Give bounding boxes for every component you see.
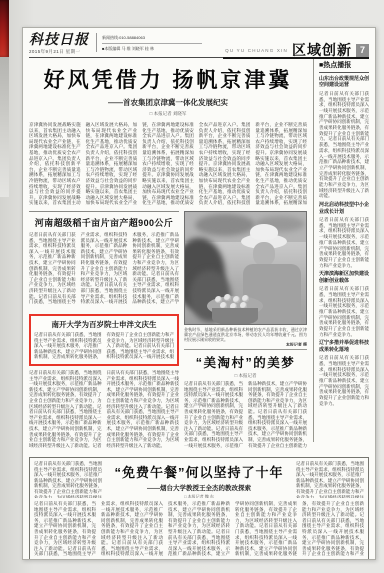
lead-title: 好风凭借力 扬帆京津冀: [29, 64, 307, 94]
nankai-continuation-text: 记者日前从有关部门获悉，当地围绕主导产业需求，组织科技特派员深入一线开展技术服务…: [29, 370, 179, 452]
page-body: 好风凭借力 扬帆京津冀 ——首农集团京津冀一体化发展纪实 □ 本报记者 刘晓军 …: [29, 58, 369, 452]
newspaper-viewer: 科技日报 2015年9月21日 星期一 新闻热线:010-58884063 ■本…: [0, 0, 384, 573]
hotspot-item-title: 辽宁多措并举促进科技成果转化落地: [319, 340, 369, 353]
section-pinyin: QU YU CHUANG XIN: [225, 48, 288, 53]
hotspot-item-body: 记者日前从有关部门获悉，当地围绕主导产业需求，组织科技特派员深入一线开展技术服务…: [319, 217, 369, 268]
free-lunch-byline: □ 本报记者 魏 东: [107, 494, 291, 498]
nankai-body: 记者日前从有关部门获悉，当地围绕主导产业需求，组织科技特派员深入一线开展技术服务…: [34, 332, 174, 365]
meitao-byline: □ 本报记者: [184, 373, 307, 379]
photo-basket: [212, 308, 258, 325]
henan-rice-title: 河南超级稻千亩片亩产超900公斤: [29, 216, 179, 229]
newspaper-sheet: 科技日报 2015年9月21日 星期一 新闻热线:010-58884063 ■本…: [22, 27, 376, 560]
hotspot-column: ■热点播报 山东出台政策规范众创空间建设运营 记者日前从有关部门获悉，当地围绕主…: [313, 58, 369, 442]
meitao-title: “美淘村”的美梦: [184, 353, 307, 371]
photo-foliage: [195, 214, 255, 236]
photo-caption-text: 金秋时节，基地采用新品种新技术种植的农产品喜获丰收，通过京津冀农产品绿色通道直供…: [184, 327, 307, 342]
lead-subtitle: ——首农集团京津冀一体化发展纪实: [29, 97, 307, 108]
lead-body-text: 京津冀协同发展战略实施以来，首农集团主动融入区域发展大格局，加快布局现代农业全产…: [29, 122, 307, 206]
harvest-photo: [184, 211, 307, 325]
middle-band: 河南超级稻千亩片亩产超900公斤 记者日前从有关部门获悉，当地围绕主导产业需求，…: [29, 211, 307, 452]
free-lunch-right-text: 记者日前从有关部门获悉，当地围绕主导产业需求，组织科技特派员深入一线开展技术服务…: [296, 461, 364, 498]
photo-produce: [233, 296, 240, 303]
hotspot-item-body: 记者日前从有关部门获悉，当地围绕主导产业需求，组织科技特派员深入一线开展技术服务…: [319, 286, 369, 337]
photo-farmer-face: [253, 242, 275, 266]
free-lunch-article: 记者日前从有关部门获悉，当地围绕主导产业需求，组织科技特派员深入一线开展技术服务…: [29, 457, 369, 560]
photo-caption: 金秋时节，基地采用新品种新技术种植的农产品喜获丰收，通过京津冀农产品绿色通道直供…: [184, 327, 307, 346]
hotspot-item-title: 天津滨海新区加快建设创新创业载体: [319, 271, 369, 284]
masthead-left: 科技日报 2015年9月21日 星期一: [29, 33, 89, 55]
news-hotline: 新闻热线:010-58884063: [102, 35, 202, 44]
masthead: 科技日报 2015年9月21日 星期一 新闻热线:010-58884063 ■本…: [29, 33, 369, 58]
hotspot-item-body: 记者日前从有关部门获悉，当地围绕主导产业需求，组织科技特派员深入一线开展技术服务…: [319, 355, 369, 406]
section-rule: [223, 57, 369, 60]
lead-article-header: 好风凭借力 扬帆京津冀 ——首农集团京津冀一体化发展纪实 □ 本报记者 刘晓军: [29, 58, 307, 120]
editors-line: ■本版编辑 马 维 刘晓军 桂 林: [102, 44, 202, 52]
lead-byline: □ 本报记者 刘晓军: [29, 111, 307, 117]
free-lunch-body: 记者日前从有关部门获悉，当地围绕主导产业需求，组织科技特派员深入一线开展技术服务…: [34, 501, 364, 557]
meitao-body: 记者日前从有关部门获悉，当地围绕主导产业需求，组织科技特派员深入一线开展技术服务…: [184, 381, 307, 451]
hotspot-item-title: 山东出台政策规范众创空间建设运营: [319, 76, 369, 89]
meitao-article: “美淘村”的美梦 □ 本报记者 记者日前从有关部门获悉，当地围绕主导产业需求，组…: [184, 349, 307, 451]
middle-right-stack: 金秋时节，基地采用新品种新技术种植的农产品喜获丰收，通过京津冀农产品绿色通道直供…: [184, 211, 307, 452]
free-lunch-header: “免费午餐”何以坚持了十年 ——烟台大学教授王全杰的教改探索 □ 本报记者 魏 …: [102, 461, 296, 498]
henan-rice-body: 记者日前从有关部门获悉，当地围绕主导产业需求，组织科技特派员深入一线开展技术服务…: [29, 232, 179, 310]
free-lunch-title: “免费午餐”何以坚持了十年: [107, 462, 291, 481]
free-lunch-header-row: 记者日前从有关部门获悉，当地围绕主导产业需求，组织科技特派员深入一线开展技术服务…: [34, 461, 364, 498]
hotspot-header: ■热点播报: [319, 58, 369, 73]
photo-produce: [242, 295, 249, 302]
photo-credit: 本报记者 摄: [184, 342, 307, 346]
paper-logo: 科技日报: [29, 33, 89, 48]
viewer-gray-spine: [0, 57, 9, 197]
masthead-info: 新闻热线:010-58884063 ■本版编辑 马 维 刘晓军 桂 林: [96, 33, 202, 52]
paper-date: 2015年9月21日 星期一: [29, 49, 89, 55]
viewer-red-spine: [0, 0, 9, 57]
henan-rice-article: 河南超级稻千亩片亩产超900公斤 记者日前从有关部门获悉，当地围绕主导产业需求，…: [29, 211, 179, 310]
hotspot-item-title: 河北启动科技型中小企业成长计划: [319, 202, 369, 215]
middle-left-stack: 河南超级稻千亩片亩产超900公斤 记者日前从有关部门获悉，当地围绕主导产业需求，…: [29, 211, 179, 452]
photo-produce: [224, 294, 231, 301]
free-lunch-subtitle: ——烟台大学教授王全杰的教改探索: [107, 483, 291, 492]
highlighted-article-nankai[interactable]: 南开大学为百岁院士申泮文庆生 记者日前从有关部门获悉，当地围绕主导产业需求，组织…: [29, 314, 179, 366]
main-column: 好风凭借力 扬帆京津冀 ——首农集团京津冀一体化发展纪实 □ 本报记者 刘晓军 …: [29, 58, 307, 452]
free-lunch-left-text: 记者日前从有关部门获悉，当地围绕主导产业需求，组织科技特派员深入一线开展技术服务…: [34, 461, 102, 498]
hotspot-item-body: 记者日前从有关部门获悉，当地围绕主导产业需求，组织科技特派员深入一线开展技术服务…: [319, 91, 369, 199]
page-number-badge: 7: [356, 44, 369, 57]
photo-hat-icon: [250, 224, 278, 240]
nankai-title: 南开大学为百岁院士申泮文庆生: [34, 319, 174, 330]
